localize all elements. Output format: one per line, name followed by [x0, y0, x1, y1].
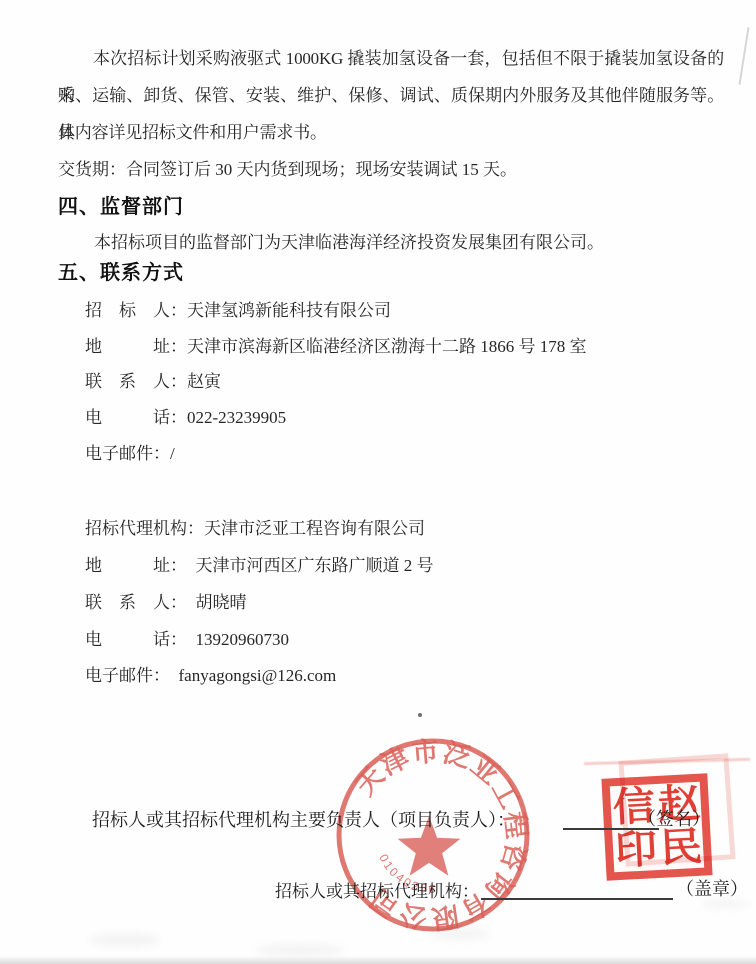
contact-row-tenderer: 招 标 人：天津氢鸿新能科技有限公司: [85, 296, 391, 321]
contact-separator: ：: [170, 337, 187, 356]
scan-smudge: [700, 900, 750, 908]
stamp-company-name: 天津市泛亚工程咨询有限公司: [350, 736, 533, 934]
contact-row-address: 地 址： 天津市河西区广东路广顺道 2 号: [85, 551, 434, 576]
paragraph-line: 体内容详见招标文件和用户需求书。: [58, 114, 724, 151]
contact-row-email: 电子邮件：/: [85, 439, 175, 464]
contact-separator: ：: [170, 593, 179, 612]
contact-value: 天津市滨海新区临港经济区渤海十二路 1866 号 178 室: [187, 337, 587, 356]
contact-label: 联 系 人: [85, 593, 170, 612]
contact-value: fanyagongsi@126.com: [162, 666, 337, 685]
contact-row-person: 联 系 人： 胡晓晴: [85, 588, 247, 613]
delivery-terms-line: 交货期：合同签订后 30 天内货到现场；现场安装调试 15 天。: [58, 155, 517, 180]
contact-label: 招 标 人: [85, 301, 170, 320]
round-company-stamp: 天津市泛亚工程咨询有限公司 0104025699: [323, 725, 543, 945]
contact-label: 电 话: [85, 408, 170, 427]
contact-separator: ：: [170, 408, 187, 427]
contact-value: 022-23239905: [187, 408, 286, 427]
contact-label: 电 话: [85, 630, 170, 649]
contact-separator: ：: [153, 666, 162, 685]
principal-signature-label: 招标人或其招标代理机构主要负责人（项目负责人）：: [92, 806, 515, 832]
contact-value: 天津市河西区广东路广顺道 2 号: [179, 556, 434, 575]
contact-label: 电子邮件: [85, 444, 153, 463]
intro-paragraph: 本次招标计划采购液驱式 1000KG 撬装加氢设备一套，包括但不限于撬装加氢设备…: [58, 40, 724, 151]
scan-smudge: [255, 944, 345, 956]
section-4-body: 本招标项目的监督部门为天津临港海洋经济投资发展集团有限公司。: [94, 228, 604, 253]
contact-separator: ：: [153, 444, 170, 463]
scan-smudge: [90, 933, 160, 947]
contact-label: 招标代理机构: [85, 519, 187, 538]
contact-row-address: 地 址：天津市滨海新区临港经济区渤海十二路 1866 号 178 室: [85, 332, 587, 357]
scan-edge-shadow: [0, 956, 756, 964]
contact-row-phone: 电 话：022-23239905: [85, 403, 286, 428]
contact-separator: ：: [170, 372, 187, 391]
contact-value: 天津氢鸿新能科技有限公司: [187, 301, 391, 320]
seal-char-bottom-left: 印: [614, 829, 658, 871]
paragraph-line: 购、运输、卸货、保管、安装、维护、保修、调试、质保期内外服务及其他伴随服务等。具: [58, 77, 724, 114]
svg-text:天津市泛亚工程咨询有限公司: 天津市泛亚工程咨询有限公司: [350, 736, 533, 934]
contact-value: 赵寅: [187, 372, 221, 391]
contact-row-agency: 招标代理机构：天津市泛亚工程咨询有限公司: [85, 514, 425, 539]
org-signature-label: 招标人或其招标代理机构：: [275, 877, 479, 902]
paragraph-line: 本次招标计划采购液驱式 1000KG 撬装加氢设备一套，包括但不限于撬装加氢设备…: [58, 40, 724, 77]
contact-label: 地 址: [85, 337, 170, 356]
contact-separator: ：: [170, 301, 187, 320]
contact-value: 13920960730: [179, 630, 290, 649]
contact-value: 胡晓晴: [179, 593, 247, 612]
contact-label: 电子邮件: [85, 666, 153, 685]
scan-scratch-mark: [738, 27, 749, 85]
org-signature-line: [481, 898, 673, 900]
contact-separator: ：: [170, 630, 179, 649]
contact-separator: ：: [187, 519, 204, 538]
contact-row-email: 电子邮件： fanyagongsi@126.com: [85, 661, 336, 686]
contact-label: 地 址: [85, 556, 170, 575]
seal-char-bottom-right: 民: [659, 826, 703, 868]
contact-value: 天津市泛亚工程咨询有限公司: [204, 519, 425, 538]
scanned-tender-document-page: 本次招标计划采购液驱式 1000KG 撬装加氢设备一套，包括但不限于撬装加氢设备…: [0, 0, 756, 964]
section-5-heading: 五、联系方式: [58, 256, 184, 285]
section-4-heading: 四、监督部门: [58, 190, 184, 219]
contact-label: 联 系 人: [85, 372, 170, 391]
org-signature-suffix: （盖章）: [676, 875, 748, 901]
ink-speck: [418, 713, 422, 717]
contact-row-person: 联 系 人：赵寅: [85, 367, 221, 392]
contact-separator: ：: [170, 556, 179, 575]
contact-row-phone: 电 话： 13920960730: [85, 625, 289, 650]
contact-value: /: [170, 444, 175, 463]
principal-signature-suffix: （签名）: [638, 805, 710, 831]
